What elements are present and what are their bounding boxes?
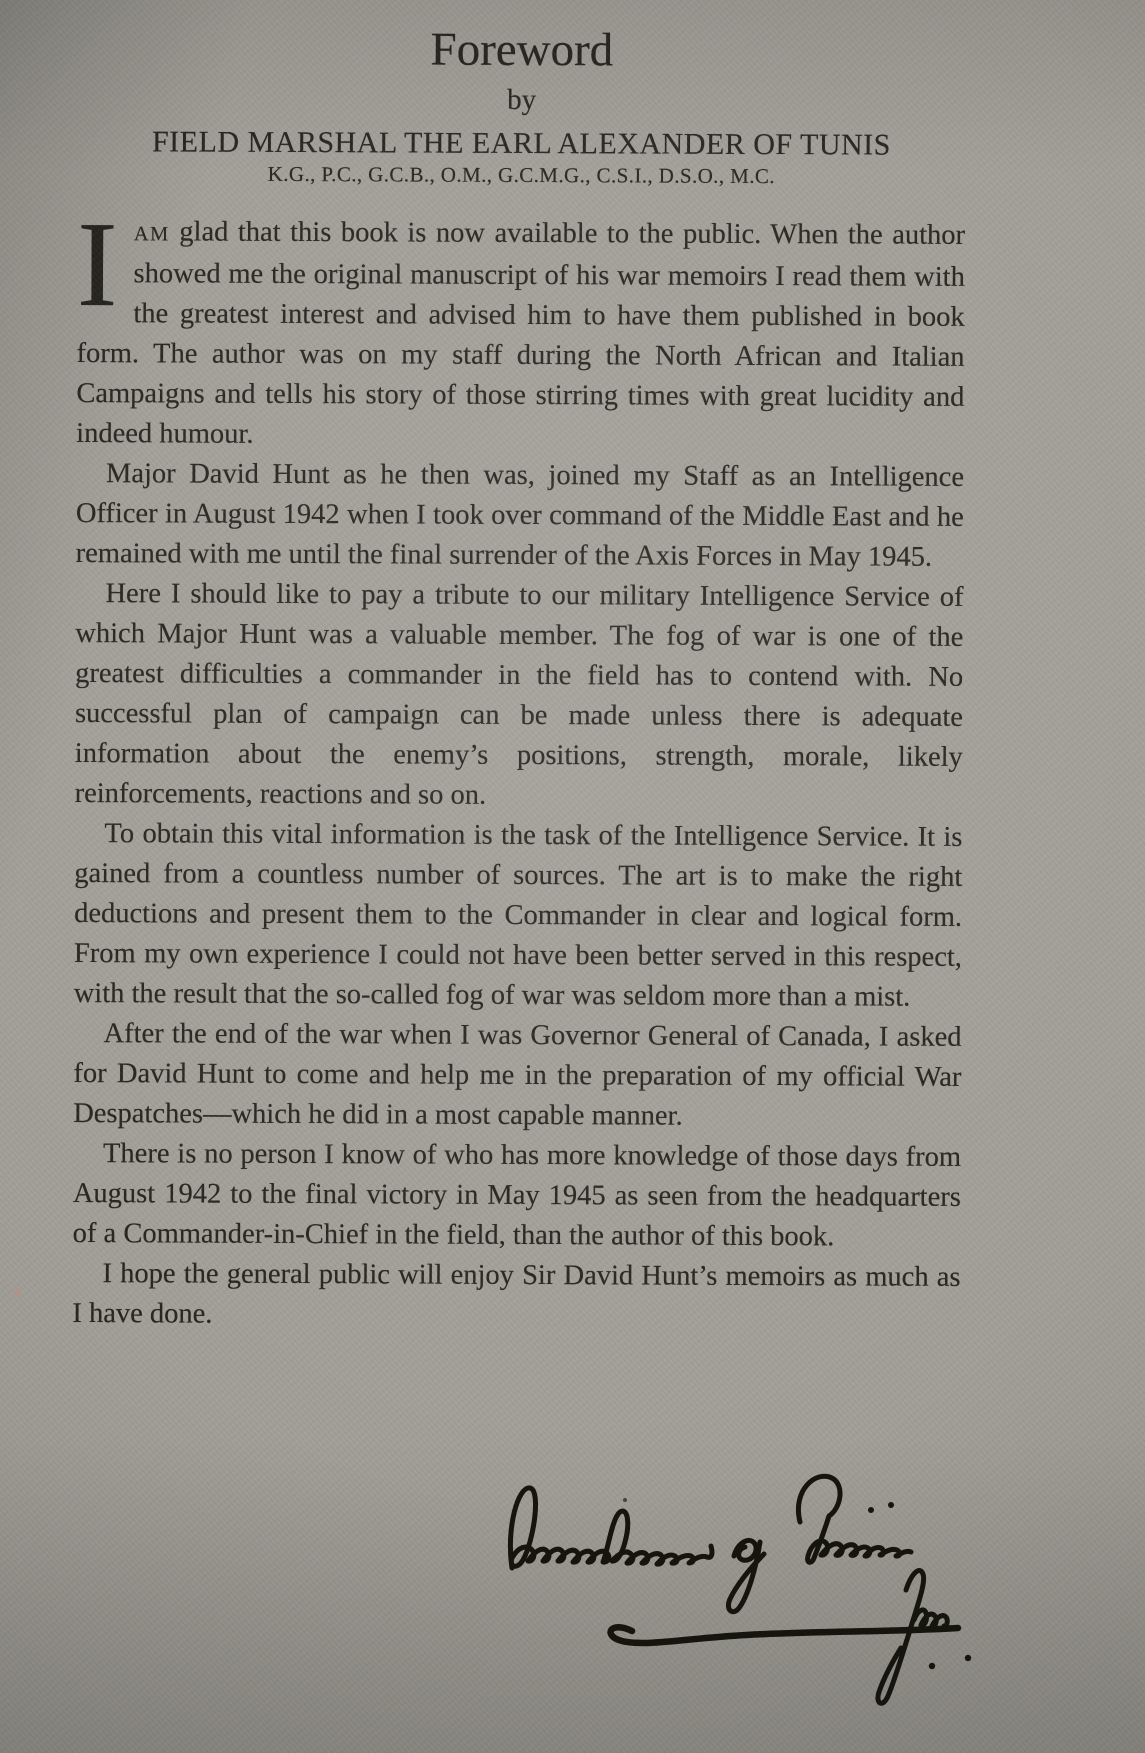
drop-cap: I xyxy=(77,212,134,314)
foreword-paragraph: Here I should like to pay a tribute to o… xyxy=(75,574,964,818)
opening-small-caps: AM xyxy=(134,223,170,245)
foreword-paragraph: I hope the general public will enjoy Sir… xyxy=(72,1254,960,1338)
period-dot xyxy=(965,1655,971,1661)
signature-script xyxy=(510,1476,911,1611)
byline: by xyxy=(78,83,966,119)
page-title: Foreword xyxy=(78,22,966,78)
foreword-paragraph-opening: I AM glad that this book is now availabl… xyxy=(76,212,965,458)
i-dot xyxy=(888,1502,894,1508)
i-dot xyxy=(868,1507,874,1513)
author-honours: K.G., P.C., G.C.B., O.M., G.C.M.G., C.S.… xyxy=(77,161,965,190)
foreword-paragraph: To obtain this vital information is the … xyxy=(74,814,963,1018)
foreword-paragraph: After the end of the war when I was Gove… xyxy=(73,1014,962,1138)
signature-block xyxy=(498,1450,998,1750)
foreword-paragraph: Major David Hunt as he then was, joined … xyxy=(76,454,965,578)
paper-speck xyxy=(14,1288,21,1297)
signature-initials xyxy=(878,1571,971,1704)
author-name: FIELD MARSHAL THE EARL ALEXANDER OF TUNI… xyxy=(77,125,965,163)
foreword-paragraph: There is no person I know of who has mor… xyxy=(73,1134,962,1258)
book-page-photo: Foreword by FIELD MARSHAL THE EARL ALEXA… xyxy=(0,0,1145,1753)
ink-speck xyxy=(623,1498,627,1502)
page-header: Foreword by FIELD MARSHAL THE EARL ALEXA… xyxy=(77,22,966,190)
foreword-page: Foreword by FIELD MARSHAL THE EARL ALEXA… xyxy=(72,22,966,1338)
foreword-body: I AM glad that this book is now availabl… xyxy=(72,212,965,1338)
period-dot xyxy=(929,1663,935,1669)
opening-text: glad that this book is now available to … xyxy=(76,217,965,450)
